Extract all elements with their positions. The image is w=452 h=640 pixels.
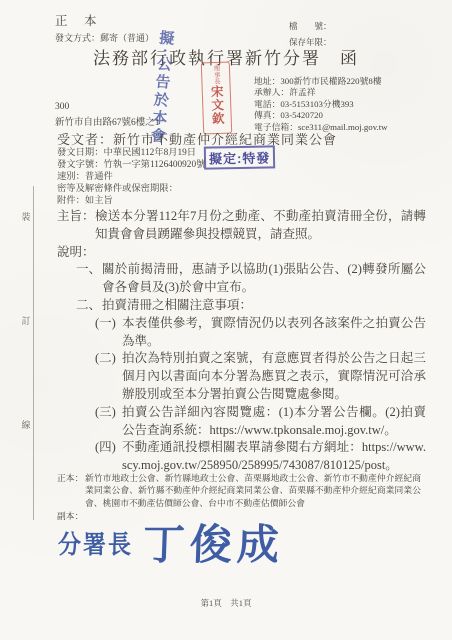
item-number: 二、	[76, 297, 102, 315]
recipient-zip: 300	[55, 102, 69, 112]
sender-fax: 傳真：03-5420720	[254, 110, 388, 121]
doc-number: 發文字號：竹執一字第1126400920號	[57, 159, 205, 171]
subject-text: 檢送本分署112年7月份之動產、不動產拍賣清冊全份，請轉知貴會會員踴躍參與投標競…	[95, 208, 426, 244]
note-item: (三) 拍賣公告詳細內容閱覽處：(1)本分署公告欄。(2)拍賣公告查詢系統：ht…	[57, 404, 426, 440]
recipient-street: 新竹市自由路67號6樓之1	[55, 114, 160, 128]
official-letter-page: 正 本 發文方式：郵寄（普通） 檔 號： 保存年限： 法務部行政執行署新竹分署 …	[0, 0, 452, 640]
signature-name: 丁俊成	[142, 512, 285, 572]
item-text: 關於前揭清冊，惠請予以協助(1)張貼公告、(2)轉發所屬公會各會員及(3)於會中…	[102, 261, 426, 297]
attachment-line: 附件：如主旨	[57, 195, 205, 207]
note-text: 本表僅供參考，實際情況仍以表列各該案件之拍賣公告為準。	[122, 315, 426, 351]
note-number: (四)	[95, 439, 122, 475]
issue-date: 發文日期：中華民國112年8月19日	[57, 147, 205, 159]
sender-contact: 承辦人：許孟祥	[254, 87, 388, 98]
note-item: (一) 本表僅供參考，實際情況仍以表列各該案件之拍賣公告為準。	[57, 315, 426, 351]
file-number-label: 檔 號：	[289, 20, 332, 32]
note-item: (四) 不動產通訊投標相關表單請參閱右方網址：https://www.scy.m…	[57, 439, 426, 475]
security-class: 密等及解密條件或保密期限：	[57, 183, 205, 195]
page-indicator: 第1頁 共1頁	[0, 597, 452, 609]
binding-line	[33, 186, 34, 520]
distribution-original-list: 新竹市地政士公會、新竹縣地政士公會、苗栗縣地政士公會、新竹市不動產仲介經紀商業同…	[85, 472, 421, 509]
dispatch-method-label: 發文方式：郵寄（普通）	[55, 31, 154, 44]
approval-stamp: 擬定:特發	[204, 145, 276, 169]
note-number: (三)	[95, 404, 122, 440]
distribution-original: 正本： 新竹市地政士公會、新竹縣地政士公會、苗栗縣地政士公會、新竹市不動產仲介經…	[57, 472, 421, 509]
signature-block: 分署長 丁俊成	[58, 512, 284, 572]
name-stamp-title: 理事長	[211, 65, 220, 85]
recipient-line: 受文者：新竹市不動產仲介經紀商業同業公會	[57, 129, 337, 148]
copy-type-label: 正 本	[55, 11, 99, 29]
note-item: (二) 拍次為特別拍賣之案號，有意應買者得於公告之日起三個月內以書面向本分署為應…	[57, 350, 426, 403]
note-number: (一)	[95, 315, 122, 351]
document-meta-block: 發文日期：中華民國112年8月19日 發文字號：竹執一字第1126400920號…	[57, 147, 205, 207]
binding-mark-ding: 訂	[20, 314, 32, 327]
name-stamp: 理事長 宋文欽	[201, 62, 232, 135]
item-number: 一、	[76, 261, 102, 297]
note-number: (二)	[95, 350, 122, 403]
explanation-label: 說明：	[57, 244, 426, 262]
binding-mark-xian: 線	[20, 418, 32, 431]
explanation-item: 一、 關於前揭清冊，惠請予以協助(1)張貼公告、(2)轉發所屬公會各會員及(3)…	[57, 261, 426, 297]
explanation-item: 二、 拍賣清冊之相關注意事項：	[57, 297, 426, 315]
note-text: 拍次為特別拍賣之案號，有意應買者得於公告之日起三個月內以書面向本分署為應買之表示…	[122, 350, 426, 403]
sender-address: 地址：300新竹市民權路220號8樓	[254, 76, 388, 87]
signature-title: 分署長	[58, 524, 133, 560]
letter-body: 主旨： 檢送本分署112年7月份之動產、不動產拍賣清冊全份，請轉知貴會會員踴躍參…	[57, 208, 426, 475]
note-text: 拍賣公告詳細內容閱覽處：(1)本分署公告欄。(2)拍賣公告查詢系統：https:…	[122, 404, 426, 440]
speed-class: 速別：普通件	[57, 171, 205, 183]
item-text: 拍賣清冊之相關注意事項：	[102, 297, 426, 315]
subject-row: 主旨： 檢送本分署112年7月份之動產、不動產拍賣清冊全份，請轉知貴會會員踴躍參…	[57, 208, 426, 244]
binding-mark-zhuang: 裝	[20, 210, 32, 223]
name-stamp-name: 宋文欽	[207, 84, 226, 125]
subject-label: 主旨：	[57, 208, 95, 244]
sender-phone: 電話：03-5153103分機393	[254, 99, 388, 110]
sender-info-block: 地址：300新竹市民權路220號8樓 承辦人：許孟祥 電話：03-5153103…	[254, 76, 388, 133]
distribution-original-label: 正本：	[57, 472, 85, 509]
note-text: 不動產通訊投標相關表單請參閱右方網址：https://www.scy.moj.g…	[122, 439, 426, 475]
